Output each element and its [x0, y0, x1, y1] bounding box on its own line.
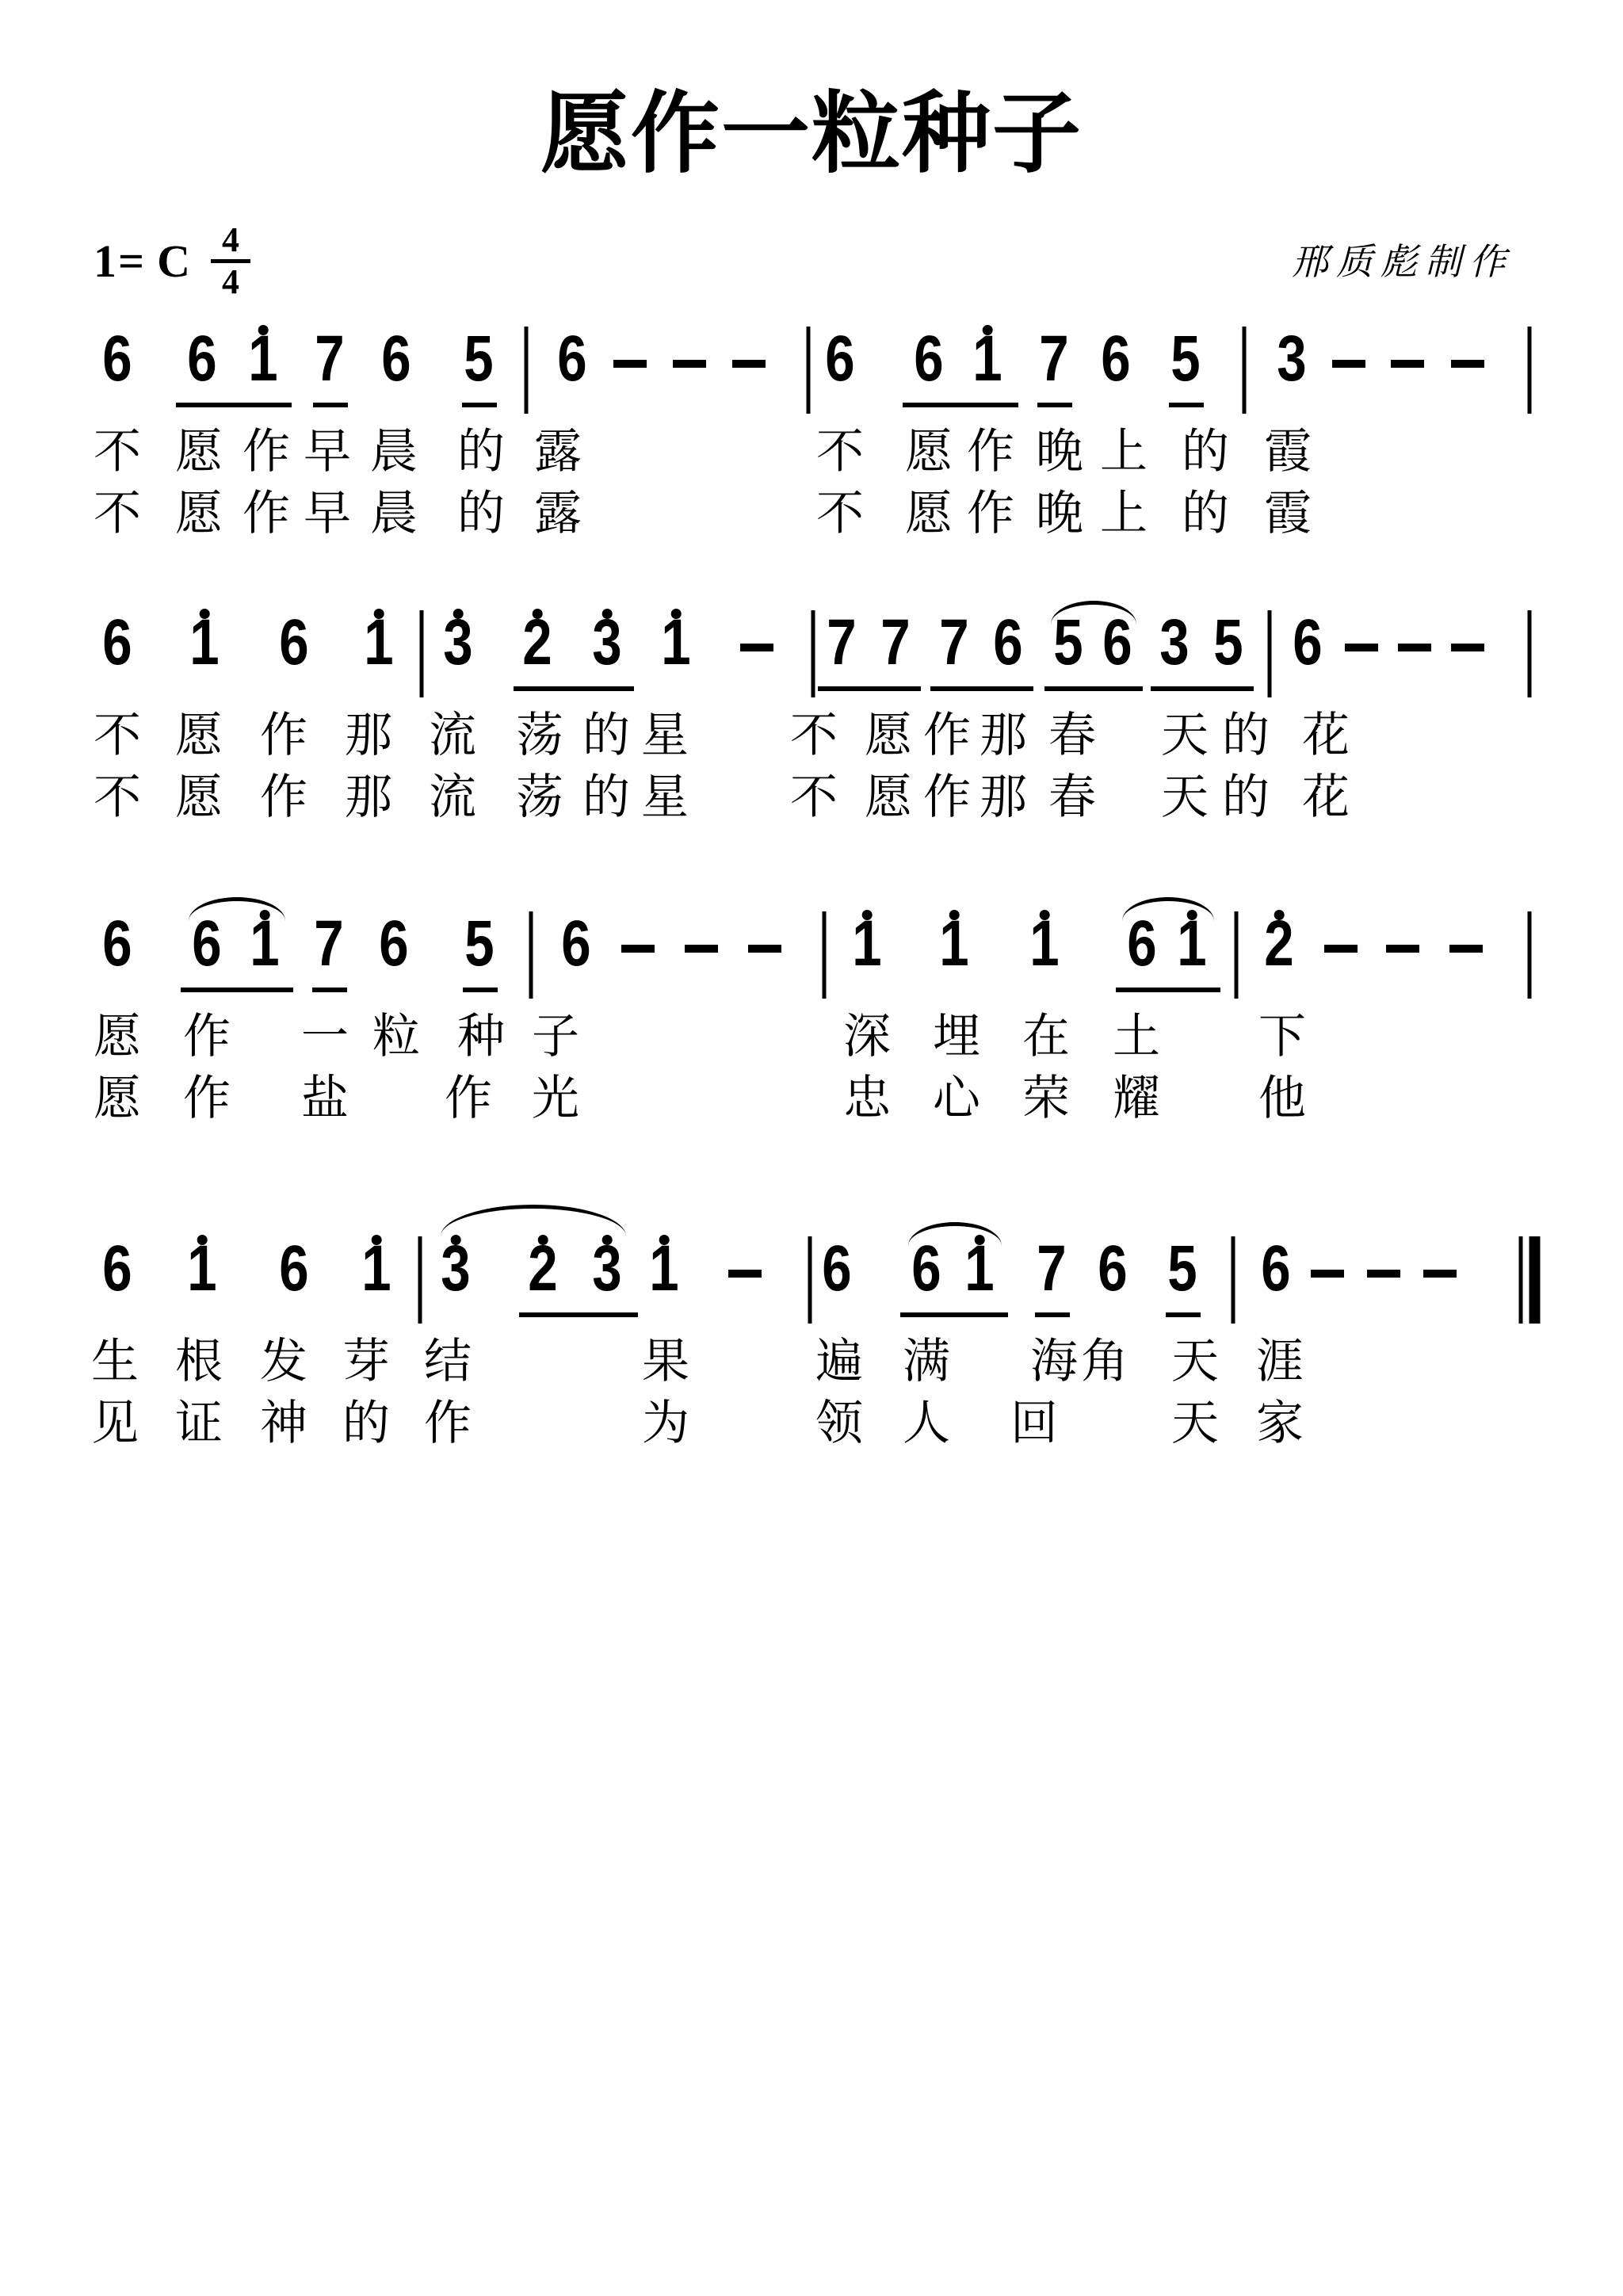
lyric-char: 回	[1010, 1400, 1058, 1447]
lyric-char: 作	[183, 1013, 231, 1060]
lyric-char: 深	[843, 1013, 891, 1060]
lyric-char: 春	[1048, 774, 1096, 821]
note-glyph: 7	[1037, 1236, 1066, 1301]
lyric-char: 愿	[175, 774, 223, 821]
beam-underline	[1166, 1312, 1201, 1317]
barline	[1243, 327, 1247, 414]
note-digit: 5	[1164, 1236, 1201, 1301]
key-signature: 1= C 4 4	[94, 223, 250, 299]
note-glyph: 7	[827, 610, 856, 675]
music-system: 616132316617656生根发芽结果遍满海角天涯见证神的作为领人回天家	[0, 1219, 1623, 1473]
lyric-char: 天	[1171, 1400, 1219, 1447]
note-glyph: 5	[1213, 610, 1243, 675]
note-digit: 7	[936, 610, 972, 675]
octave-dot	[532, 609, 542, 619]
lyric-char: 不	[816, 428, 864, 476]
meter-numerator: 4	[222, 223, 239, 257]
note-glyph: 2	[522, 610, 552, 675]
note-digit: 1	[936, 911, 972, 976]
octave-dot	[258, 325, 268, 335]
beam-underline	[1116, 988, 1220, 992]
lyric-char: 早	[304, 490, 351, 537]
note-digit: 7	[311, 911, 347, 976]
note-glyph: 3	[1159, 610, 1189, 675]
lyric-char: 晚	[1036, 428, 1083, 476]
note-glyph: 6	[1098, 1236, 1127, 1301]
lyric-char: 光	[532, 1075, 579, 1122]
note-digit: 1	[186, 610, 223, 675]
duration-dash	[1367, 1270, 1400, 1278]
lyric-char: 不	[790, 712, 838, 759]
duration-dash	[732, 360, 766, 368]
note-glyph: 6	[1261, 1236, 1290, 1301]
lyric-char: 愿	[175, 712, 223, 759]
final-barline-thick	[1529, 1236, 1541, 1324]
barline	[808, 1236, 812, 1324]
beam-underline	[1035, 1312, 1070, 1317]
lyric-char: 证	[175, 1400, 223, 1447]
barline	[1268, 610, 1272, 697]
note-digit: 6	[99, 1236, 136, 1301]
note-digit: 5	[460, 327, 497, 392]
lyric-char: 那	[980, 712, 1027, 759]
note-glyph: 6	[557, 327, 586, 392]
note-digit: 7	[823, 610, 860, 675]
note-digit: 5	[1210, 610, 1247, 675]
lyric-char: 盐	[301, 1075, 349, 1122]
note-glyph: 2	[528, 1236, 557, 1301]
note-digit: 6	[376, 911, 412, 976]
lyric-char: 的	[1182, 490, 1229, 537]
note-glyph: 7	[1039, 327, 1068, 392]
note-glyph: 2	[1264, 911, 1293, 976]
song-title: 愿作一粒种子	[0, 89, 1623, 182]
note-glyph: 6	[381, 327, 411, 392]
lyric-char: 晨	[370, 428, 418, 476]
lyric-char: 作	[923, 774, 971, 821]
note-digit: 3	[589, 1236, 625, 1301]
slur-arc	[1122, 897, 1214, 921]
beam-underline	[312, 988, 347, 992]
octave-dot	[197, 1235, 207, 1245]
duration-dash	[1386, 945, 1419, 953]
note-digit: 6	[1258, 1236, 1294, 1301]
note-digit: 1	[1174, 911, 1210, 976]
note-glyph: 5	[464, 327, 493, 392]
note-digit: 7	[1036, 327, 1072, 392]
lyric-char: 露	[534, 490, 582, 537]
lyric-char: 星	[641, 712, 689, 759]
note-glyph: 7	[314, 911, 343, 976]
lyric-char: 春	[1048, 712, 1096, 759]
barline	[1232, 1236, 1235, 1324]
lyric-char: 耀	[1113, 1075, 1160, 1122]
beam-underline	[1044, 686, 1143, 691]
duration-dash	[1449, 945, 1483, 953]
slur-arc	[441, 1205, 626, 1236]
final-barline	[1519, 1236, 1541, 1324]
duration-dash	[748, 945, 781, 953]
lyric-char: 天	[1161, 712, 1209, 759]
note-digit: 7	[877, 610, 914, 675]
octave-dot	[659, 1235, 669, 1245]
note-digit: 6	[99, 610, 136, 675]
note-glyph: 1	[964, 1236, 994, 1301]
lyric-char: 涯	[1256, 1338, 1304, 1385]
note-glyph: 6	[1101, 327, 1130, 392]
lyric-char: 见	[91, 1400, 139, 1447]
lyric-char: 愿	[94, 1075, 141, 1122]
lyric-char: 愿	[175, 490, 223, 537]
note-glyph: 7	[315, 327, 344, 392]
lyric-char: 的	[1222, 774, 1270, 821]
beam-underline	[1169, 403, 1204, 407]
note-digit: 1	[361, 610, 397, 675]
note-digit: 2	[519, 610, 556, 675]
note-glyph: 1	[248, 327, 277, 392]
octave-dot	[982, 325, 992, 335]
note-digit: 1	[961, 1236, 998, 1301]
lyric-char: 作	[242, 490, 290, 537]
beam-underline	[463, 988, 498, 992]
lyric-char: 作	[967, 490, 1014, 537]
lyric-char: 作	[967, 428, 1014, 476]
note-glyph: 6	[914, 327, 943, 392]
lyric-char: 粒	[372, 1013, 420, 1060]
lyric-char: 结	[424, 1338, 472, 1385]
note-glyph: 3	[592, 1236, 621, 1301]
lyric-char: 天	[1161, 774, 1209, 821]
note-glyph: 3	[443, 610, 472, 675]
lyric-char: 埋	[933, 1013, 980, 1060]
lyric-char: 上	[1100, 428, 1148, 476]
lyric-char: 的	[582, 712, 630, 759]
beam-underline	[900, 1312, 1008, 1317]
note-glyph: 6	[102, 610, 132, 675]
beam-underline	[519, 1312, 638, 1317]
note-glyph: 6	[379, 911, 408, 976]
lyric-char: 荣	[1022, 1075, 1070, 1122]
octave-dot	[949, 910, 959, 920]
note-digit: 6	[554, 327, 590, 392]
lyric-char: 满	[903, 1338, 950, 1385]
note-glyph: 6	[993, 610, 1022, 675]
lyric-char: 心	[933, 1075, 980, 1122]
note-digit: 1	[849, 911, 885, 976]
note-glyph: 6	[1127, 911, 1156, 976]
lyric-char: 流	[429, 712, 476, 759]
beam-underline	[313, 403, 348, 407]
octave-dot	[1274, 910, 1284, 920]
note-glyph: 1	[972, 327, 1002, 392]
barline	[1528, 327, 1532, 414]
note-digit: 6	[819, 1236, 855, 1301]
lyric-char: 作	[260, 774, 307, 821]
note-digit: 6	[1124, 911, 1160, 976]
note-glyph: 6	[102, 327, 132, 392]
octave-dot	[371, 1235, 381, 1245]
note-glyph: 6	[279, 610, 308, 675]
lyric-char: 作	[923, 712, 971, 759]
duration-dash	[1311, 1270, 1344, 1278]
note-digit: 6	[1289, 610, 1326, 675]
note-glyph: 6	[825, 327, 854, 392]
note-glyph: 6	[187, 327, 216, 392]
note-glyph: 6	[911, 1236, 941, 1301]
lyric-char: 作	[445, 1075, 492, 1122]
note-digit: 6	[99, 327, 136, 392]
lyric-char: 作	[242, 428, 290, 476]
note-glyph: 5	[464, 911, 494, 976]
lyric-char: 下	[1258, 1013, 1306, 1060]
lyric-char: 早	[304, 428, 351, 476]
duration-dash	[728, 1270, 762, 1278]
note-digit: 3	[589, 610, 625, 675]
lyric-char: 种	[457, 1013, 505, 1060]
lyric-char: 根	[175, 1338, 223, 1385]
octave-dot	[373, 609, 384, 619]
note-digit: 1	[658, 610, 694, 675]
barline	[529, 911, 533, 999]
credit-text: 邢质彪制作	[1292, 233, 1514, 285]
note-glyph: 1	[649, 1236, 678, 1301]
lyric-char: 土	[1113, 1013, 1160, 1060]
duration-dash	[1398, 644, 1431, 651]
octave-dot	[199, 609, 209, 619]
note-digit: 3	[440, 610, 476, 675]
note-digit: 6	[276, 610, 312, 675]
lyric-char: 的	[1222, 712, 1270, 759]
duration-dash	[685, 945, 718, 953]
beam-underline	[1037, 403, 1072, 407]
note-glyph: 3	[441, 1236, 470, 1301]
beam-underline	[903, 403, 1018, 407]
lyric-char: 一	[301, 1013, 349, 1060]
note-glyph: 5	[1170, 327, 1200, 392]
lyric-char: 花	[1302, 712, 1350, 759]
note-glyph: 6	[1293, 610, 1322, 675]
lyric-char: 愿	[175, 428, 223, 476]
beam-underline	[818, 686, 921, 691]
lyric-char: 的	[1182, 428, 1229, 476]
note-glyph: 3	[1277, 327, 1306, 392]
note-digit: 6	[189, 911, 225, 976]
lyric-char: 愿	[865, 774, 912, 821]
slur-arc	[908, 1222, 1002, 1246]
lyric-char: 花	[1302, 774, 1350, 821]
note-digit: 1	[184, 1236, 220, 1301]
lyric-char: 的	[342, 1400, 390, 1447]
octave-dot	[1039, 910, 1049, 920]
note-glyph: 1	[852, 911, 881, 976]
note-glyph: 6	[279, 1236, 308, 1301]
lyric-char: 不	[94, 428, 141, 476]
lyric-char: 愿	[905, 428, 953, 476]
beam-underline	[176, 403, 292, 407]
lyric-char: 不	[790, 774, 838, 821]
note-glyph: 1	[189, 610, 219, 675]
note-digit: 7	[311, 327, 348, 392]
meter-denominator: 4	[222, 266, 239, 299]
lyric-char: 不	[94, 490, 141, 537]
lyric-char: 为	[642, 1400, 689, 1447]
note-digit: 6	[1098, 327, 1134, 392]
beam-underline	[930, 686, 1033, 691]
note-glyph: 1	[250, 911, 279, 976]
music-system: 6617656111612愿作一粒种子深埋在土下愿作盐作光忠心荣耀他	[0, 894, 1623, 1148]
lyric-char: 霞	[1264, 490, 1312, 537]
note-digit: 5	[461, 911, 498, 976]
lyric-char: 忠	[843, 1075, 891, 1122]
note-glyph: 6	[822, 1236, 851, 1301]
lyric-char: 那	[980, 774, 1027, 821]
lyric-char: 他	[1258, 1075, 1306, 1122]
note-glyph: 6	[102, 1236, 132, 1301]
lyric-char: 愿	[905, 490, 953, 537]
lyric-char: 荡	[516, 712, 563, 759]
note-digit: 6	[908, 1236, 945, 1301]
duration-dash	[1451, 644, 1484, 651]
slur-arc	[189, 897, 285, 921]
lyric-char: 海	[1030, 1338, 1078, 1385]
note-digit: 1	[969, 327, 1006, 392]
duration-dash	[1451, 360, 1484, 368]
note-glyph: 7	[939, 610, 968, 675]
octave-dot	[861, 910, 872, 920]
time-signature: 4 4	[211, 223, 250, 299]
note-glyph: 1	[361, 1236, 391, 1301]
duration-dash	[1324, 945, 1358, 953]
lyric-char: 的	[582, 774, 630, 821]
lyric-char: 作	[424, 1400, 472, 1447]
lyric-char: 愿	[94, 1013, 141, 1060]
lyric-char: 上	[1100, 490, 1148, 537]
beam-underline	[181, 988, 293, 992]
duration-dash	[1391, 360, 1424, 368]
note-glyph: 3	[592, 610, 621, 675]
octave-dot	[670, 609, 681, 619]
barline	[1528, 911, 1532, 999]
lyric-char: 晨	[370, 490, 418, 537]
octave-dot	[601, 609, 612, 619]
octave-dot	[453, 609, 463, 619]
note-digit: 6	[378, 327, 414, 392]
barline	[807, 327, 811, 414]
note-digit: 5	[1167, 327, 1204, 392]
barline	[418, 1236, 422, 1324]
final-barline-thin	[1519, 1236, 1523, 1324]
lyric-char: 的	[457, 490, 505, 537]
lyric-char: 荡	[516, 774, 563, 821]
note-digit: 6	[276, 1236, 312, 1301]
note-digit: 6	[99, 911, 136, 976]
lyric-char: 不	[816, 490, 864, 537]
lyric-char: 霞	[1264, 428, 1312, 476]
lyric-char: 家	[1256, 1400, 1304, 1447]
lyric-char: 露	[534, 428, 582, 476]
beam-underline	[514, 686, 634, 691]
key-letter: C	[157, 235, 190, 288]
barline	[420, 610, 424, 697]
lyric-char: 作	[183, 1075, 231, 1122]
note-glyph: 1	[939, 911, 968, 976]
note-glyph: 1	[1029, 911, 1059, 976]
beam-underline	[462, 403, 497, 407]
lyric-char: 遍	[815, 1338, 863, 1385]
note-digit: 1	[358, 1236, 395, 1301]
note-digit: 1	[246, 911, 283, 976]
lyric-char: 那	[345, 774, 392, 821]
lyric-char: 那	[345, 712, 392, 759]
barline	[811, 610, 815, 697]
note-digit: 6	[1094, 1236, 1131, 1301]
key-prefix: 1=	[94, 235, 146, 288]
lyric-char: 神	[260, 1400, 307, 1447]
note-digit: 3	[1274, 327, 1310, 392]
note-digit: 3	[437, 1236, 474, 1301]
note-glyph: 5	[1167, 1236, 1197, 1301]
beam-underline	[1151, 686, 1254, 691]
lyric-char: 天	[1171, 1338, 1219, 1385]
note-digit: 6	[990, 610, 1026, 675]
note-digit: 3	[1156, 610, 1193, 675]
note-digit: 7	[1033, 1236, 1070, 1301]
note-glyph: 1	[364, 610, 393, 675]
lyric-char: 人	[903, 1400, 950, 1447]
note-glyph: 1	[661, 610, 690, 675]
lyric-char: 果	[642, 1338, 689, 1385]
note-digit: 6	[184, 327, 220, 392]
duration-dash	[1345, 644, 1378, 651]
note-digit: 2	[1261, 911, 1297, 976]
lyric-char: 不	[94, 712, 141, 759]
note-digit: 1	[646, 1236, 682, 1301]
barline	[1528, 610, 1532, 697]
lyric-char: 不	[94, 774, 141, 821]
music-system: 66176566617653不愿作早晨的露不愿作晚上的霞不愿作早晨的露不愿作晚上…	[0, 309, 1623, 563]
lyric-char: 作	[260, 712, 307, 759]
lyric-char: 流	[429, 774, 476, 821]
duration-dash	[621, 945, 655, 953]
slur-arc	[1051, 601, 1136, 625]
note-glyph: 1	[187, 1236, 216, 1301]
lyric-char: 子	[532, 1013, 579, 1060]
barline	[525, 327, 529, 414]
lyric-char: 星	[641, 774, 689, 821]
lyric-char: 生	[91, 1338, 139, 1385]
note-glyph: 6	[561, 911, 590, 976]
note-digit: 2	[525, 1236, 561, 1301]
barline	[1235, 911, 1239, 999]
note-digit: 6	[558, 911, 594, 976]
duration-dash	[613, 360, 647, 368]
lyric-char: 芽	[342, 1338, 390, 1385]
lyric-char: 愿	[865, 712, 912, 759]
duration-dash	[740, 644, 773, 651]
sheet-page: 愿作一粒种子 1= C 4 4 邢质彪制作 66176566617653不愿作早…	[0, 0, 1623, 2296]
note-digit: 6	[911, 327, 947, 392]
duration-dash	[1332, 360, 1365, 368]
barline	[823, 911, 827, 999]
duration-dash	[1423, 1270, 1457, 1278]
lyric-char: 领	[815, 1400, 863, 1447]
note-glyph: 1	[1177, 911, 1206, 976]
lyric-char: 在	[1022, 1013, 1070, 1060]
note-glyph: 6	[192, 911, 221, 976]
note-digit: 1	[1026, 911, 1063, 976]
music-system: 61613231777656356不愿作那流荡的星不愿作那春天的花不愿作那流荡的…	[0, 593, 1623, 846]
lyric-char: 发	[260, 1338, 307, 1385]
